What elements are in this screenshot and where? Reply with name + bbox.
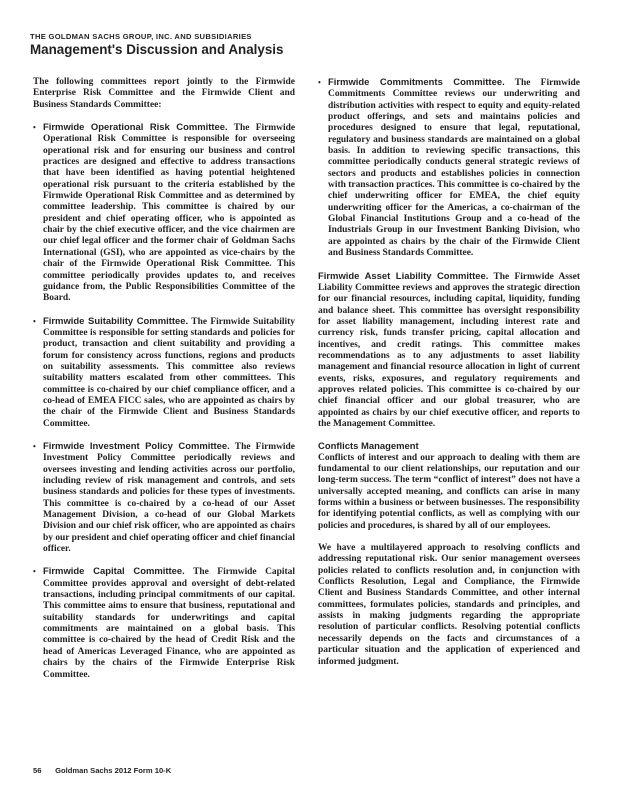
conflicts-paragraph-1: Conflicts of interest and our approach t…: [318, 453, 580, 532]
committee-description: The Firmwide Asset Liability Committee r…: [318, 272, 580, 429]
committee-name: Firmwide Suitability Committee.: [43, 316, 188, 327]
section-title: Management's Discussion and Analysis: [30, 42, 590, 58]
committee-name: Firmwide Operational Risk Committee.: [43, 122, 228, 133]
page-number: 56: [33, 766, 53, 775]
right-column: Firmwide Commitments Committee. The Firm…: [318, 77, 580, 679]
company-name: The Goldman Sachs Group, Inc. and Subsid…: [30, 32, 590, 42]
publication-name: Goldman Sachs 2012 Form 10-K: [55, 766, 171, 775]
committee-description: The Firmwide Suitability Committee is re…: [43, 317, 295, 429]
committee-item: Firmwide Operational Risk Committee. The…: [33, 122, 295, 305]
committee-description: The Firmwide Capital Committee provides …: [43, 567, 295, 679]
intro-paragraph: The following committees report jointly …: [33, 77, 295, 111]
committee-item: Firmwide Commitments Committee. The Firm…: [318, 77, 580, 260]
committee-item: Firmwide Suitability Committee. The Firm…: [33, 316, 295, 430]
committee-name: Firmwide Asset Liability Committee.: [318, 271, 488, 282]
conflicts-paragraph-2: We have a multilayered approach to resol…: [318, 543, 580, 668]
committee-item: Firmwide Capital Committee. The Firmwide…: [33, 566, 295, 680]
committee-list-left: Firmwide Operational Risk Committee. The…: [33, 122, 295, 681]
asset-liability-paragraph: Firmwide Asset Liability Committee. The …: [318, 271, 580, 431]
page-footer: 56 Goldman Sachs 2012 Form 10-K: [33, 766, 171, 775]
committee-description: The Firmwide Operational Risk Committee …: [43, 123, 295, 303]
committee-name: Firmwide Capital Committee.: [43, 566, 185, 577]
committee-item: Firmwide Investment Policy Committee. Th…: [33, 441, 295, 555]
page-header: The Goldman Sachs Group, Inc. and Subsid…: [30, 32, 590, 58]
committee-list-right: Firmwide Commitments Committee. The Firm…: [318, 77, 580, 260]
committee-description: The Firmwide Commitments Committee revie…: [328, 78, 580, 258]
committee-name: Firmwide Investment Policy Committee.: [43, 441, 230, 452]
left-column: The following committees report jointly …: [33, 77, 295, 692]
committee-description: The Firmwide Investment Policy Committee…: [43, 442, 295, 554]
conflicts-heading: Conflicts Management: [318, 441, 580, 452]
committee-name: Firmwide Commitments Committee.: [328, 77, 505, 88]
